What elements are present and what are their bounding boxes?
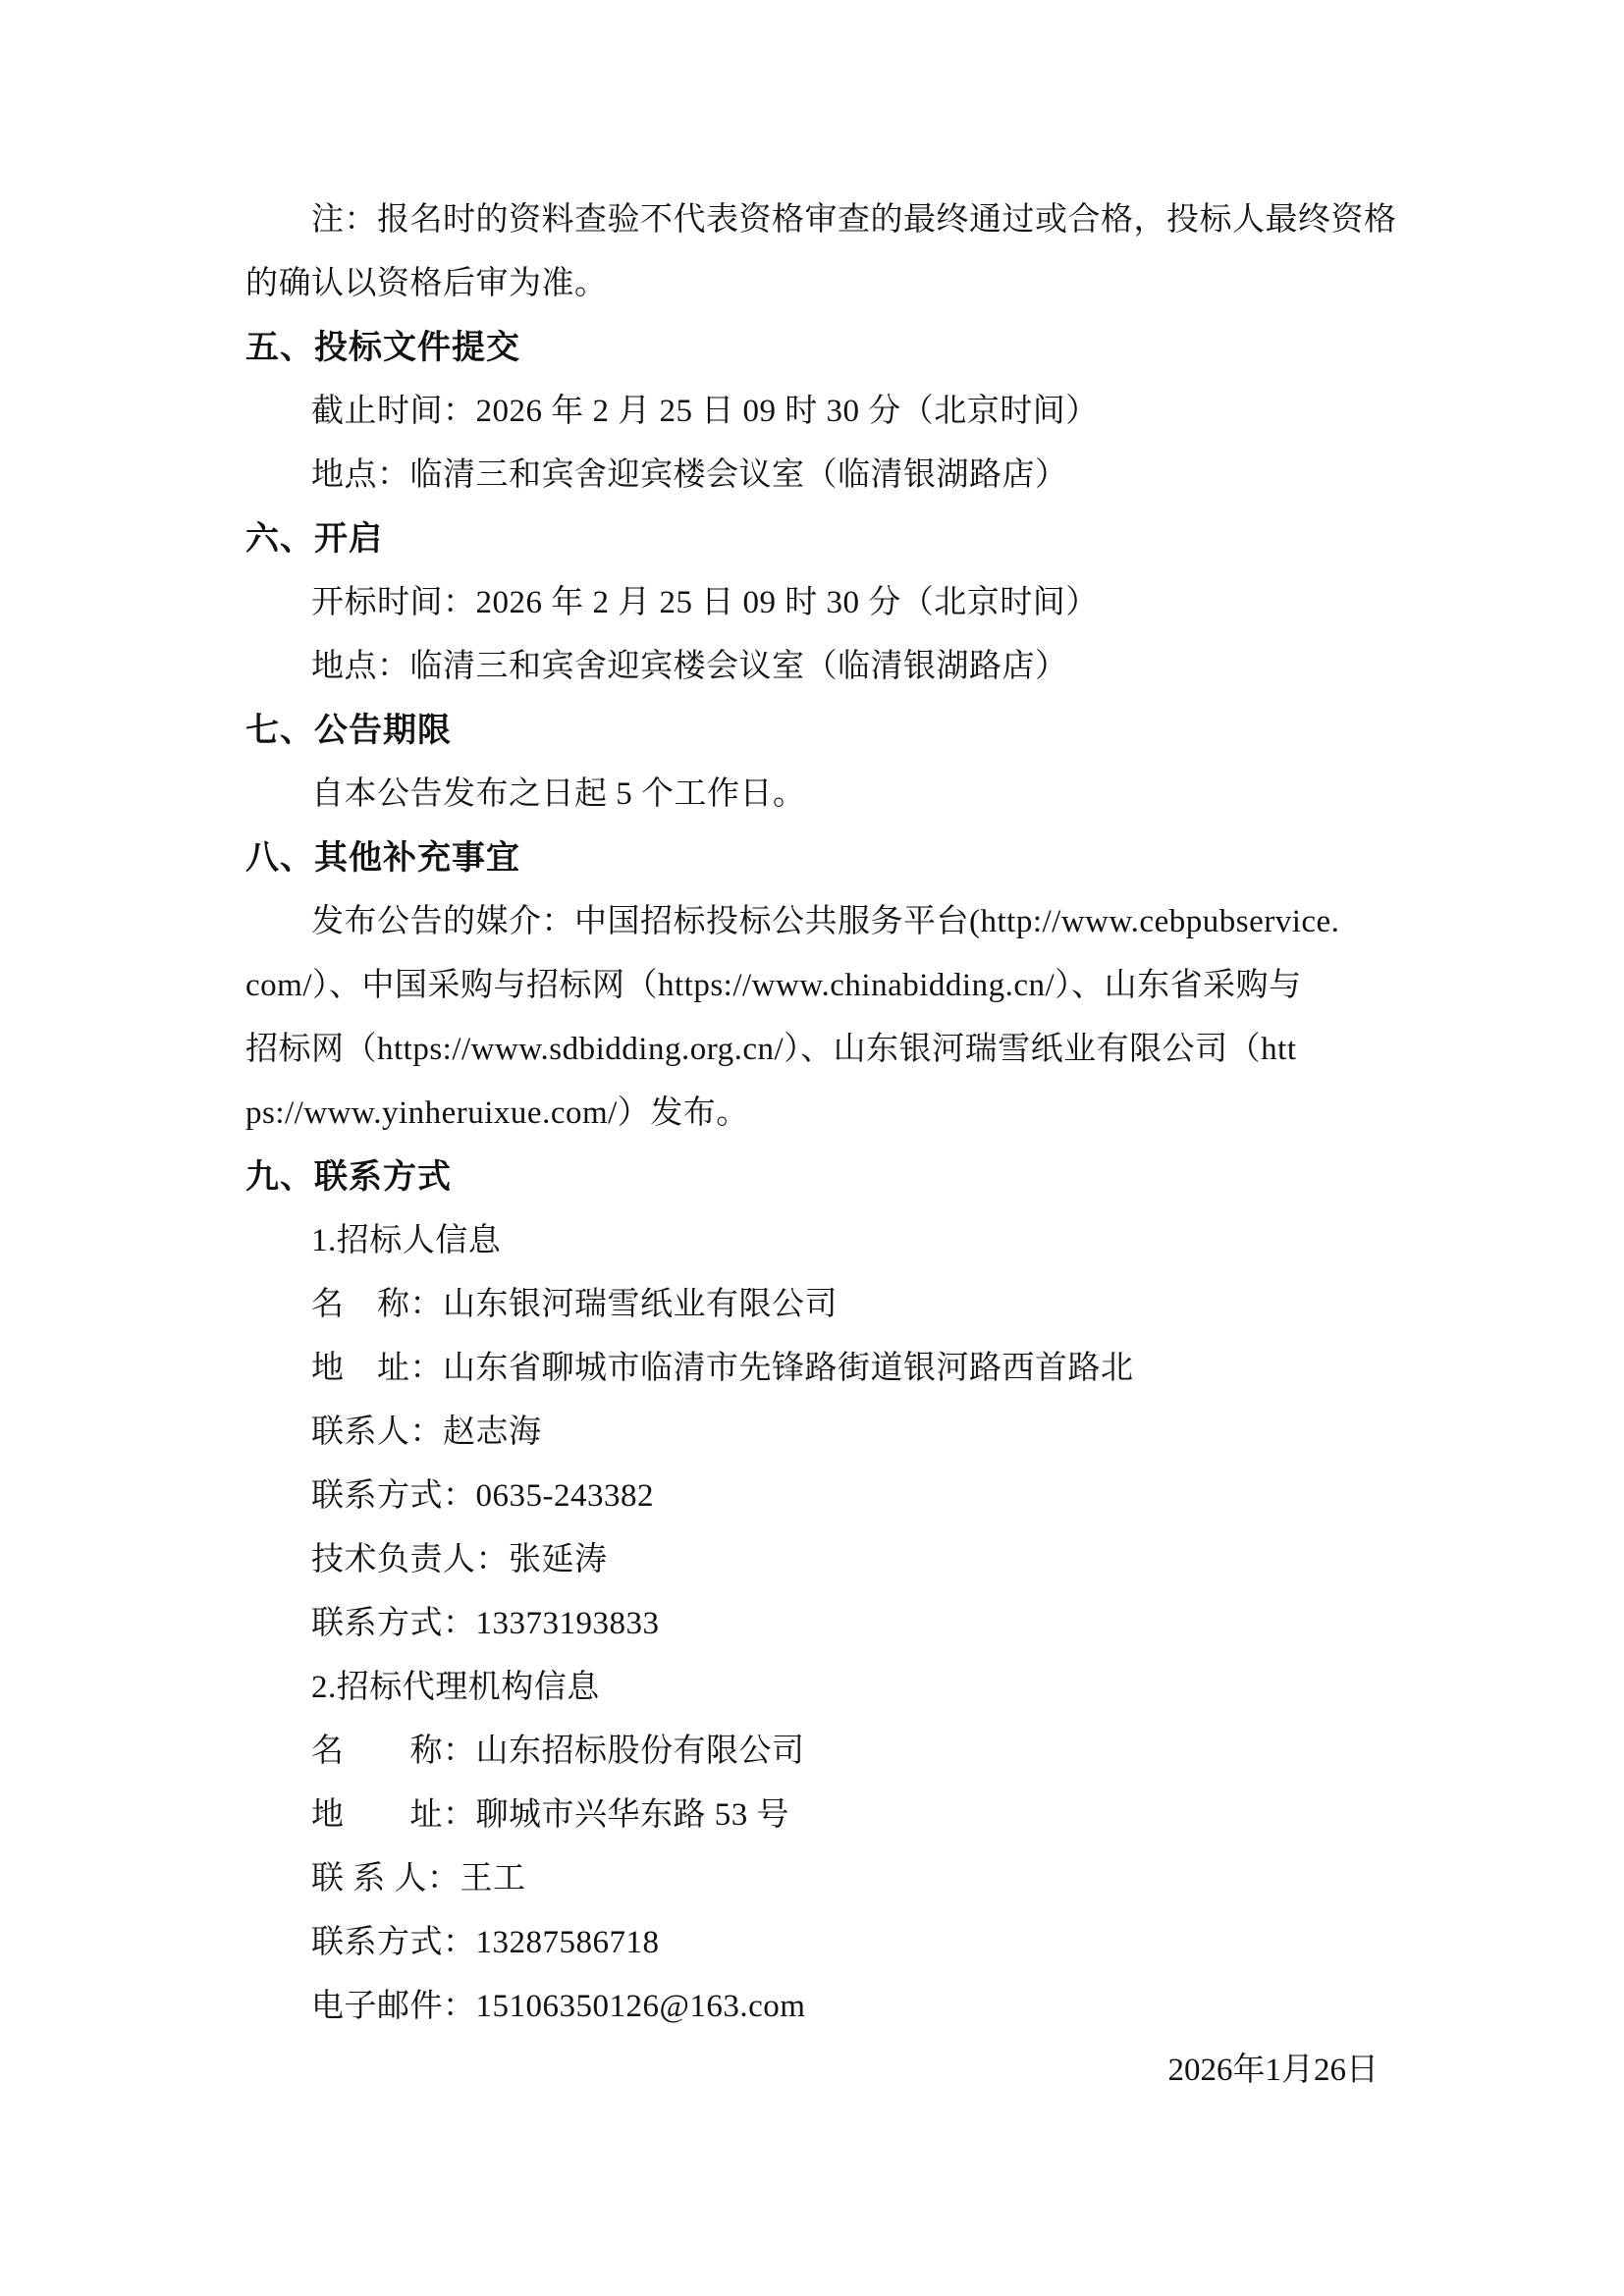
section-5-deadline-line: 截止时间：2026 年 2 月 25 日 09 时 30 分（北京时间）	[245, 380, 1379, 444]
tenderer-contact-line: 联系人：赵志海	[245, 1401, 1379, 1465]
section-6-location-line: 地点：临清三和宾舍迎宾楼会议室（临清银湖路店）	[245, 635, 1379, 699]
section-5-location-line: 地点：临清三和宾舍迎宾楼会议室（临清银湖路店）	[245, 444, 1379, 507]
section-8-media-line-3: 招标网（https://www.sdbidding.org.cn/）、山东银河瑞…	[245, 1018, 1379, 1082]
section-8-media-line-2: com/）、中国采购与招标网（https://www.chinabidding.…	[245, 954, 1379, 1018]
tenderer-tech-lead-line: 技术负责人：张延涛	[245, 1528, 1379, 1592]
section-7-period-line: 自本公告发布之日起 5 个工作日。	[245, 763, 1379, 827]
document-body: 注：报名时的资料查验不代表资格审查的最终通过或合格，投标人最终资格 的确认以资格…	[245, 188, 1379, 2103]
section-9-heading: 九、联系方式	[245, 1146, 1379, 1209]
bid-announcement-page: 注：报名时的资料查验不代表资格审查的最终通过或合格，投标人最终资格 的确认以资格…	[0, 0, 1624, 2296]
announcement-date: 2026年1月26日	[245, 2039, 1379, 2103]
section-8-heading: 八、其他补充事宜	[245, 827, 1379, 890]
note-line-1: 注：报名时的资料查验不代表资格审查的最终通过或合格，投标人最终资格	[245, 188, 1379, 252]
section-8-media-line-4: ps://www.yinheruixue.com/）发布。	[245, 1082, 1379, 1146]
tenderer-name-line: 名 称：山东银河瑞雪纸业有限公司	[245, 1273, 1379, 1337]
tenderer-tech-phone-line: 联系方式：13373193833	[245, 1592, 1379, 1656]
tenderer-phone-line: 联系方式：0635-243382	[245, 1465, 1379, 1528]
agency-name-line: 名 称：山东招标股份有限公司	[245, 1720, 1379, 1784]
agency-info-title: 2.招标代理机构信息	[245, 1656, 1379, 1720]
agency-email-line: 电子邮件：15106350126@163.com	[245, 1975, 1379, 2039]
section-6-heading: 六、开启	[245, 507, 1379, 571]
agency-phone-line: 联系方式：13287586718	[245, 1911, 1379, 1975]
tenderer-info-title: 1.招标人信息	[245, 1209, 1379, 1273]
agency-contact-line: 联 系 人：王工	[245, 1847, 1379, 1911]
agency-address-line: 地 址：聊城市兴华东路 53 号	[245, 1784, 1379, 1847]
tenderer-address-line: 地 址：山东省聊城市临清市先锋路街道银河路西首路北	[245, 1337, 1379, 1401]
section-5-heading: 五、投标文件提交	[245, 316, 1379, 380]
section-6-open-time-line: 开标时间：2026 年 2 月 25 日 09 时 30 分（北京时间）	[245, 571, 1379, 635]
note-line-2: 的确认以资格后审为准。	[245, 252, 1379, 316]
section-7-heading: 七、公告期限	[245, 699, 1379, 763]
section-8-media-line-1: 发布公告的媒介：中国招标投标公共服务平台(http://www.cebpubse…	[245, 890, 1379, 954]
